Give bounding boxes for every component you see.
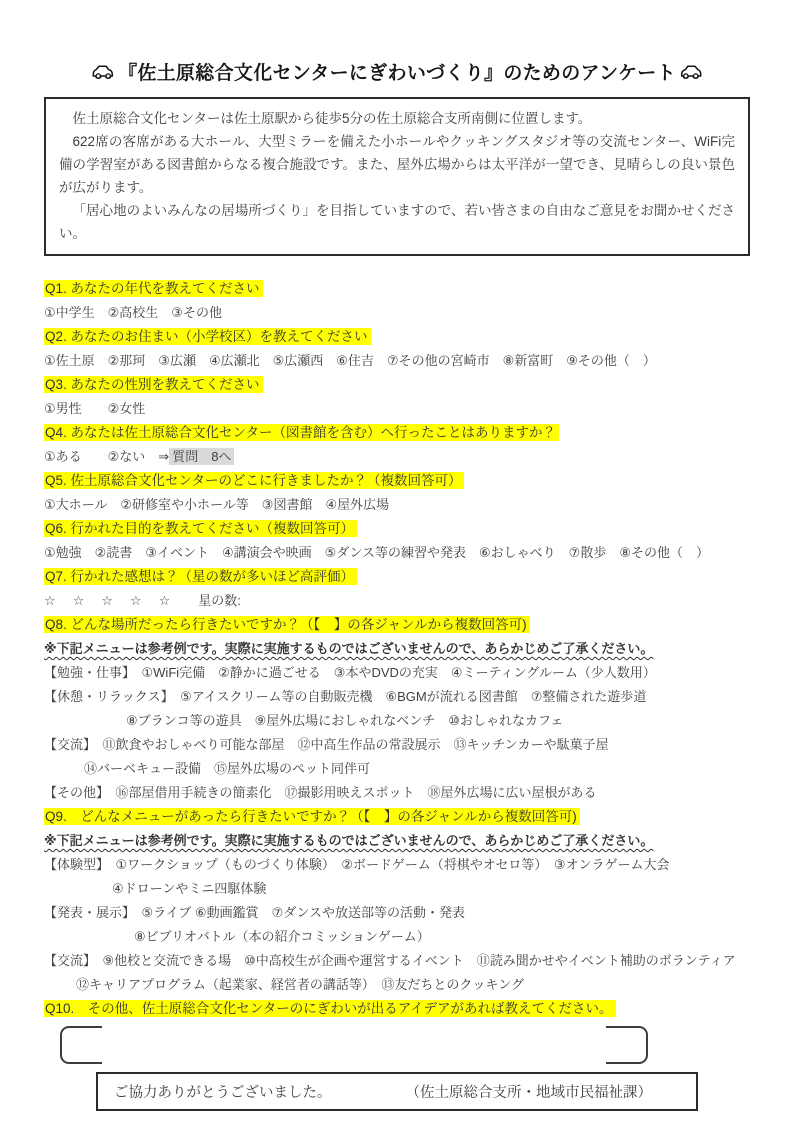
q3-heading-text: Q3. あなたの性別を教えてください: [44, 376, 263, 393]
q10-heading: Q10. その他、佐土原総合文化センターのにぎわいが出るアイデアがあれば教えてく…: [44, 997, 750, 1021]
q7-stars-label: 星の数:: [198, 593, 241, 608]
q7-heading-text: Q7. 行かれた感想は？（星の数が多いほど高評価）: [44, 568, 357, 585]
q4-options-text: ①ある ②ない ⇒: [44, 449, 169, 464]
q8-note-text: ※下記メニューは参考例です。実際に実施するものではございませんので、あらかじめご…: [44, 641, 653, 656]
q9-genre-show-line: 【発表・展示】 ⑤ライブ ⑥動画鑑賞 ⑦ダンスや放送部等の活動・発表: [44, 901, 750, 925]
q8-genre-relax-line2: ⑧ブランコ等の遊具 ⑨屋外広場におしゃれなベンチ ⑩おしゃれなカフェ: [44, 709, 750, 733]
q1-heading: Q1. あなたの年代を教えてください: [44, 277, 750, 301]
intro-paragraph: 「居心地のよいみんなの居場所づくり」を目指していますので、若い皆さまの自由なご意…: [59, 199, 735, 245]
star-rating-icons: ☆ ☆ ☆ ☆ ☆: [44, 593, 172, 608]
q5-heading: Q5. 佐土原総合文化センターのどこに行きましたか？（複数回答可）: [44, 469, 750, 493]
q7-heading: Q7. 行かれた感想は？（星の数が多いほど高評価）: [44, 565, 750, 589]
q5-heading-text: Q5. 佐土原総合文化センターのどこに行きましたか？（複数回答可）: [44, 472, 464, 489]
q8-genre-exchange-line: 【交流】 ⑪飲食やおしゃべり可能な部屋 ⑫中高生作品の常設展示 ⑬キッチンカーや…: [44, 733, 750, 757]
footer-department-text: （佐土原総合支所・地域市民福祉課）: [406, 1081, 653, 1102]
q5-options: ①大ホール ②研修室や小ホール等 ③図書館 ④屋外広場: [44, 493, 750, 517]
q8-genre-other-line: 【その他】 ⑯部屋借用手続きの簡素化 ⑰撮影用映えスポット ⑱屋外広場に広い屋根…: [44, 781, 750, 805]
q1-options: ①中学生 ②高校生 ③その他: [44, 301, 750, 325]
q9-genre-exchange-line2: ⑫キャリアプログラム（起業家、経営者の講話等） ⑬友だちとのクッキング: [44, 973, 750, 997]
q7-rating-row: ☆ ☆ ☆ ☆ ☆星の数:: [44, 589, 750, 613]
q10-answer-area: [60, 1026, 648, 1064]
page-title-text: 『佐土原総合文化センターにぎわいづくり』のためのアンケート: [118, 58, 676, 85]
intro-box: 佐土原総合文化センターは佐土原駅から徒歩5分の佐土原総合支所南側に位置します。 …: [44, 97, 750, 256]
q6-heading: Q6. 行かれた目的を教えてください（複数回答可）: [44, 517, 750, 541]
intro-paragraph: 佐土原総合文化センターは佐土原駅から徒歩5分の佐土原総合支所南側に位置します。: [59, 107, 735, 130]
q4-jump-label: 質問 8へ: [169, 448, 234, 465]
footer-thanks-text: ご協力ありがとうございました。: [114, 1081, 332, 1102]
q9-note: ※下記メニューは参考例です。実際に実施するものではございませんので、あらかじめご…: [44, 829, 750, 853]
answer-bracket-right: [606, 1026, 648, 1064]
footer-box: ご協力ありがとうございました。 （佐土原総合支所・地域市民福祉課）: [96, 1072, 698, 1111]
q4-heading: Q4. あなたは佐土原総合文化センター（図書館を含む）へ行ったことはありますか？: [44, 421, 750, 445]
q8-heading: Q8. どんな場所だったら行きたいですか？（【 】の各ジャンルから複数回答可): [44, 613, 750, 637]
q4-heading-text: Q4. あなたは佐土原総合文化センター（図書館を含む）へ行ったことはありますか？: [44, 424, 559, 441]
q8-heading-text: Q8. どんな場所だったら行きたいですか？（【 】の各ジャンルから複数回答可): [44, 616, 530, 633]
q8-genre-relax-line: 【休憩・リラックス】 ⑤アイスクリーム等の自動販売機 ⑥BGMが流れる図書館 ⑦…: [44, 685, 750, 709]
q9-genre-experience-line: 【体験型】 ①ワークショップ（ものづくり体験） ②ボードゲーム（将棋やオセロ等）…: [44, 853, 750, 877]
survey-page: 『佐土原総合文化センターにぎわいづくり』のためのアンケート 佐土原総合文化センタ…: [0, 58, 794, 1111]
q10-heading-text: Q10. その他、佐土原総合文化センターのにぎわいが出るアイデアがあれば教えてく…: [44, 1000, 616, 1017]
q9-heading: Q9. どんなメニューがあったら行きたいですか？（【 】の各ジャンルから複数回答…: [44, 805, 750, 829]
q6-heading-text: Q6. 行かれた目的を教えてください（複数回答可）: [44, 520, 357, 537]
q1-heading-text: Q1. あなたの年代を教えてください: [44, 280, 263, 297]
q2-options: ①佐土原 ②那珂 ③広瀬 ④広瀬北 ⑤広瀬西 ⑥住吉 ⑦その他の宮崎市 ⑧新富町…: [44, 349, 750, 373]
q6-options: ①勉強 ②読書 ③イベント ④講演会や映画 ⑤ダンス等の練習や発表 ⑥おしゃべり…: [44, 541, 750, 565]
q9-genre-experience-line2: ④ドローンやミニ四駆体験: [44, 877, 750, 901]
q2-heading-text: Q2. あなたのお住まい（小学校区）を教えてください: [44, 328, 371, 345]
q4-options: ①ある ②ない ⇒質問 8へ: [44, 445, 750, 469]
intro-paragraph: 622席の客席がある大ホール、大型ミラーを備えた小ホールやクッキングスタジオ等の…: [59, 130, 735, 199]
car-icon: [679, 64, 702, 80]
question-list: Q1. あなたの年代を教えてください ①中学生 ②高校生 ③その他 Q2. あな…: [44, 277, 750, 1064]
answer-bracket-left: [60, 1026, 102, 1064]
q9-genre-show-line2: ⑧ビブリオバトル（本の紹介コミッションゲーム）: [44, 925, 750, 949]
q2-heading: Q2. あなたのお住まい（小学校区）を教えてください: [44, 325, 750, 349]
q9-note-text: ※下記メニューは参考例です。実際に実施するものではございませんので、あらかじめご…: [44, 833, 653, 848]
q3-heading: Q3. あなたの性別を教えてください: [44, 373, 750, 397]
q9-genre-exchange-line: 【交流】 ⑨他校と交流できる場 ⑩中高校生が企画や運営するイベント ⑪読み聞かせ…: [44, 949, 750, 973]
car-icon: [92, 64, 115, 80]
page-title: 『佐土原総合文化センターにぎわいづくり』のためのアンケート: [44, 58, 750, 85]
q8-note: ※下記メニューは参考例です。実際に実施するものではございませんので、あらかじめご…: [44, 637, 750, 661]
q8-genre-study-line: 【勉強・仕事】 ①WiFi完備 ②静かに過ごせる ③本やDVDの充実 ④ミーティ…: [44, 661, 750, 685]
q8-genre-exchange-line2: ⑭バーベキュー設備 ⑮屋外広場のペット同伴可: [44, 757, 750, 781]
q9-heading-text: Q9. どんなメニューがあったら行きたいですか？（【 】の各ジャンルから複数回答…: [44, 808, 580, 825]
q3-options: ①男性 ②女性: [44, 397, 750, 421]
